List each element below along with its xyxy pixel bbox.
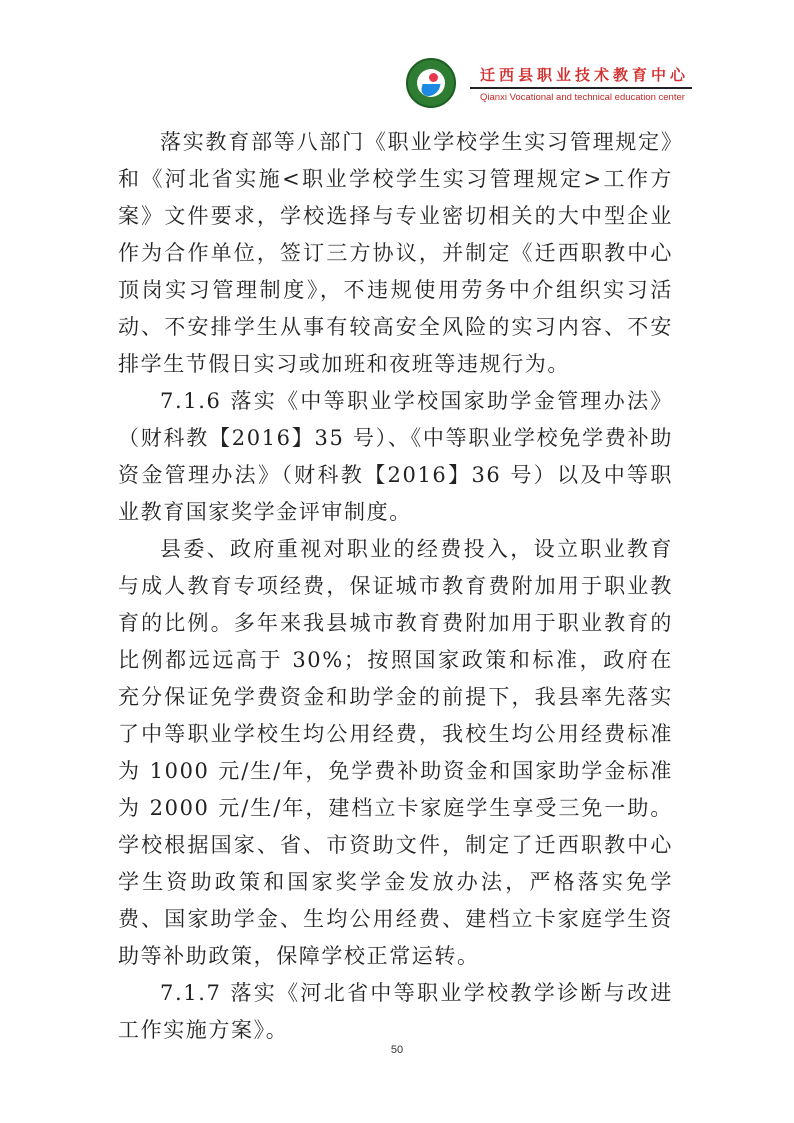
paragraph-internship: 落实教育部等八部门《职业学校学生实习管理规定》和《河北省实施<职业学校学生实习管… <box>118 124 673 383</box>
document-body: 落实教育部等八部门《职业学校学生实习管理规定》和《河北省实施<职业学校学生实习管… <box>118 124 673 1049</box>
header-divider <box>470 87 692 89</box>
paragraph-7-1-6: 7.1.6 落实《中等职业学校国家助学金管理办法》（财科教【2016】35 号）… <box>118 383 673 531</box>
school-logo-icon <box>406 58 456 108</box>
paragraph-7-1-7: 7.1.7 落实《河北省中等职业学校教学诊断与改进工作实施方案》。 <box>118 975 673 1049</box>
page-header: 迁西县职业技术教育中心 Qianxi Vocational and techni… <box>402 56 692 116</box>
header-title: 迁西县职业技术教育中心 <box>480 64 689 85</box>
header-subtitle: Qianxi Vocational and technical educatio… <box>480 92 685 103</box>
page-number: 50 <box>0 1044 794 1056</box>
paragraph-funding: 县委、政府重视对职业的经费投入，设立职业教育与成人教育专项经费，保证城市教育费附… <box>118 531 673 975</box>
